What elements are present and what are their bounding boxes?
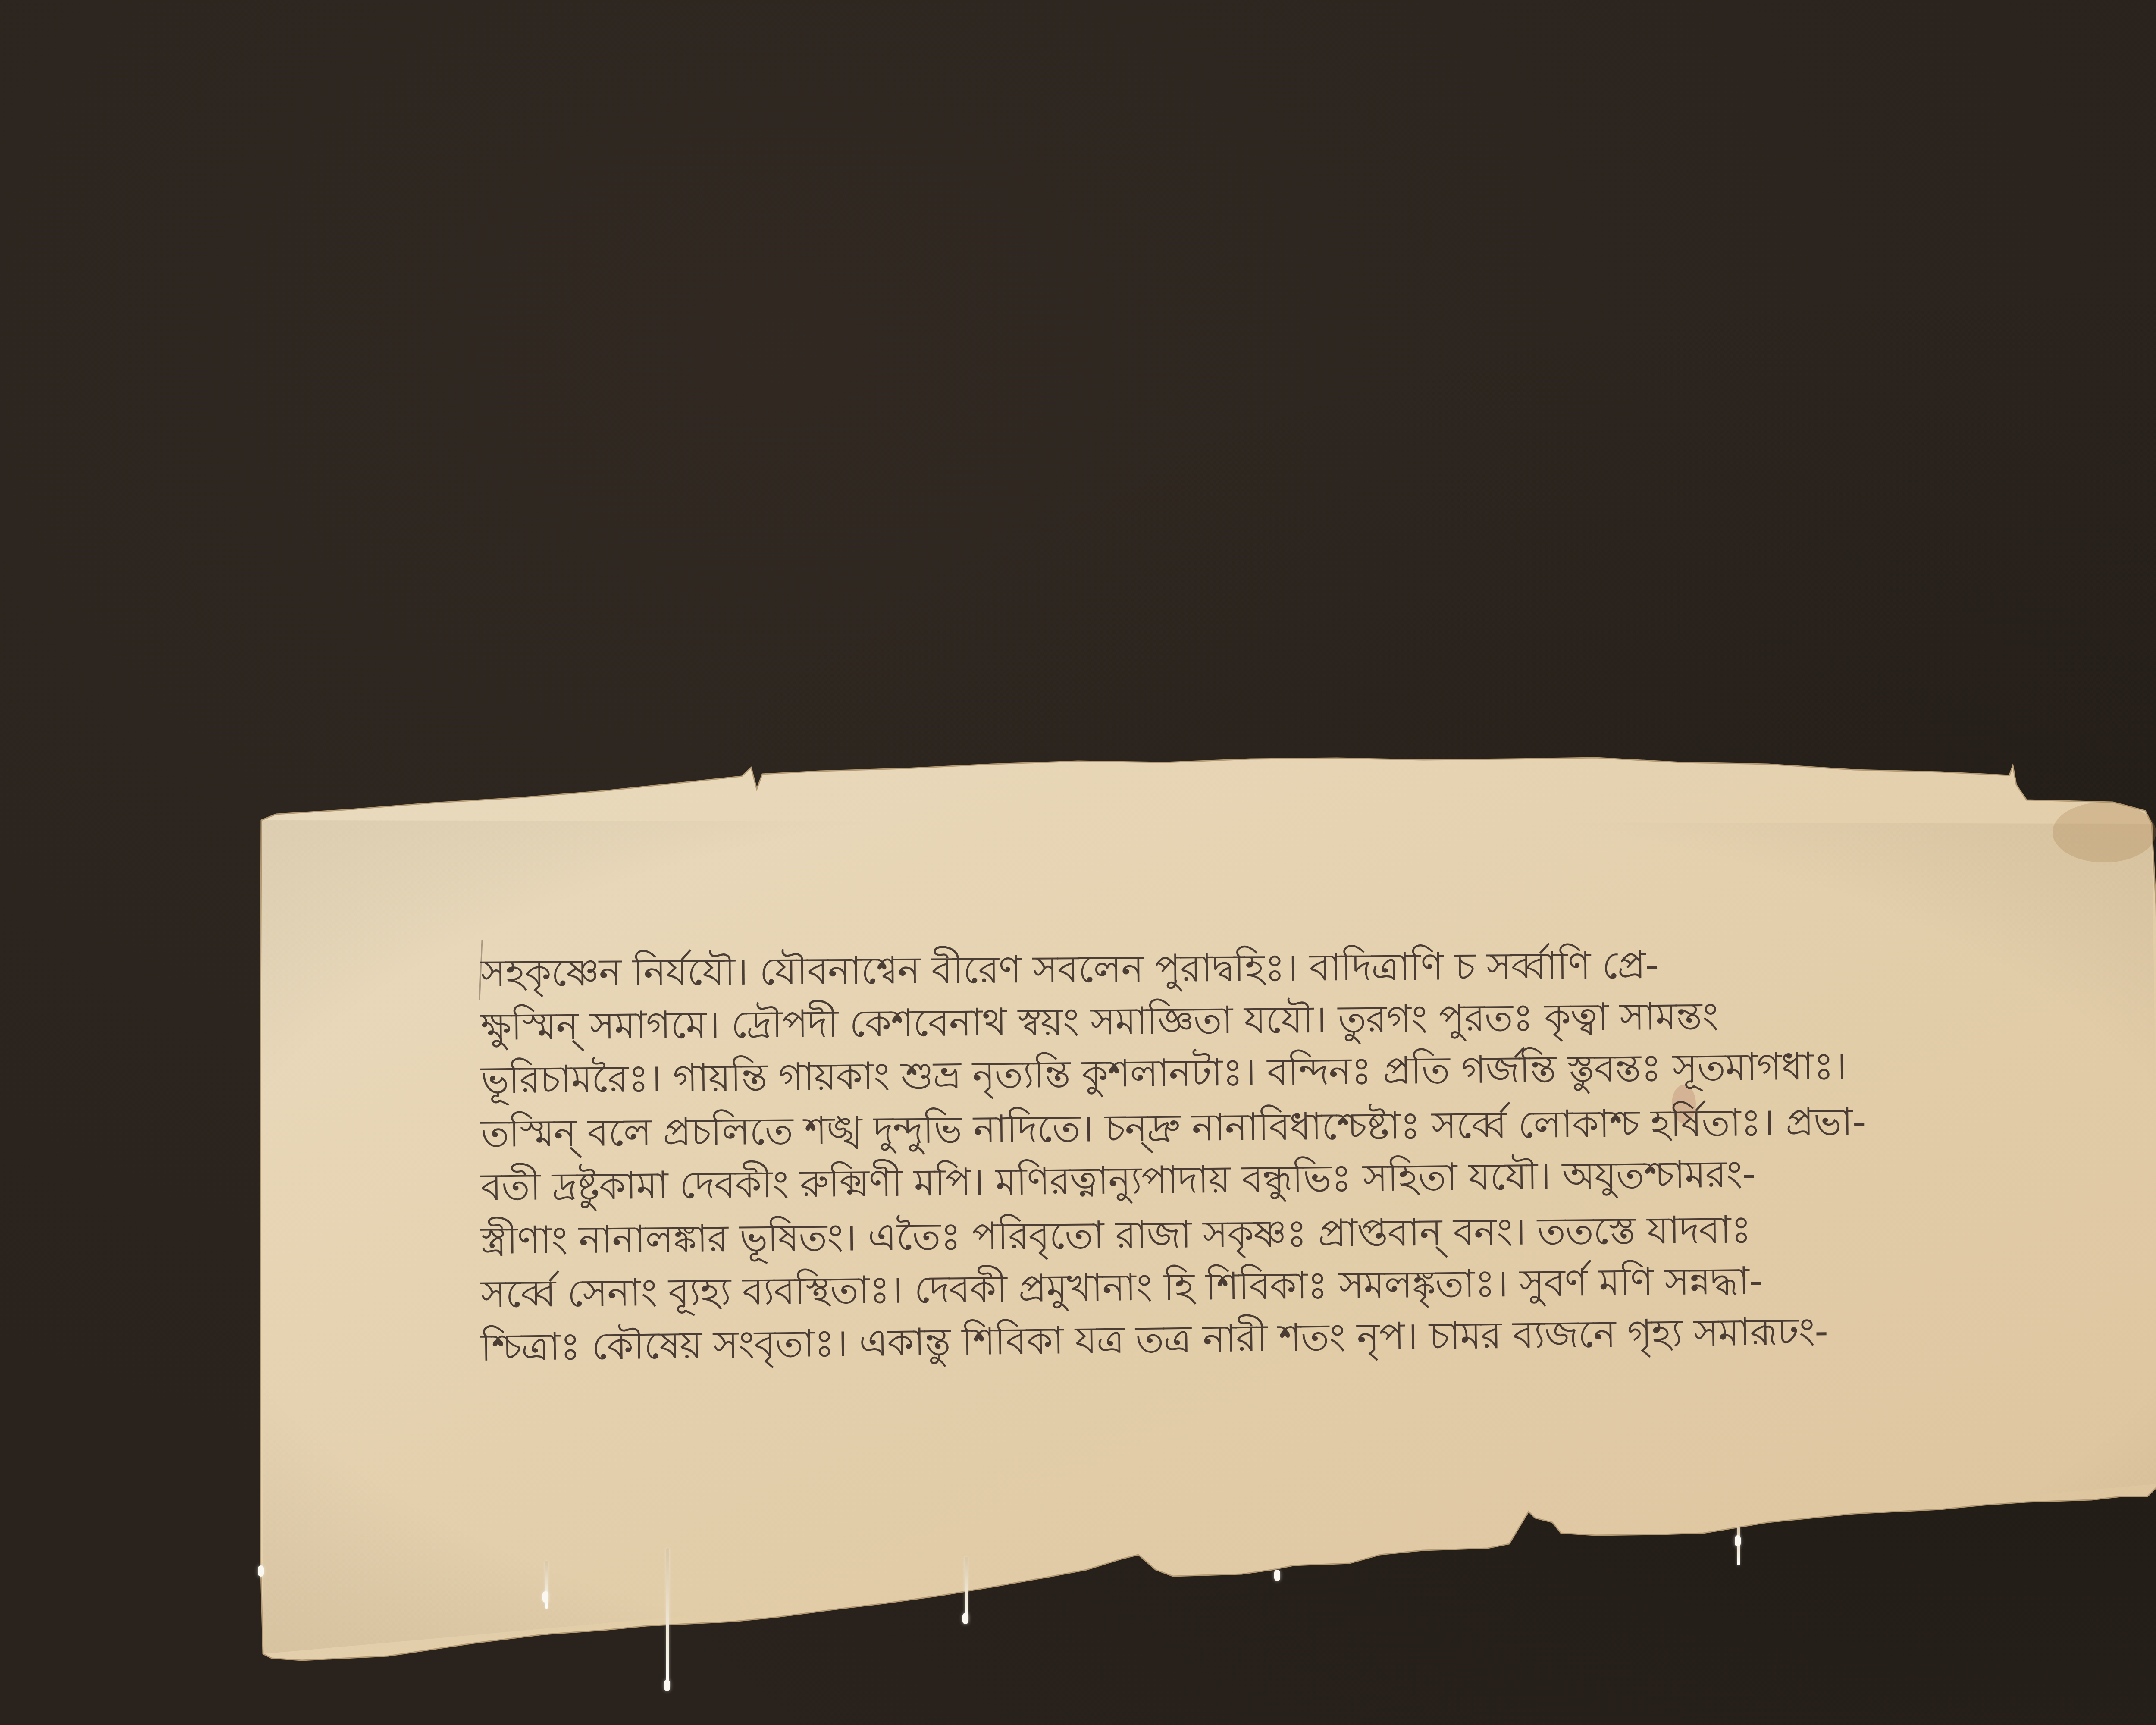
manuscript-text: সহকৃষ্ণেন নির্যযৌ। যৌবনাশ্বেন বীরেণ সবলে… — [481, 947, 2076, 1374]
pin-icon — [1274, 1570, 1280, 1581]
pin-icon — [962, 1613, 968, 1624]
pin-icon — [666, 1548, 669, 1686]
paper-sheet — [0, 0, 2156, 1725]
pin-icon — [258, 1565, 264, 1577]
pin-icon — [664, 1680, 670, 1691]
mounting-board: সহকৃষ্ণেন নির্যযৌ। যৌবনাশ্বেন বীরেণ সবলে… — [0, 0, 2156, 1725]
pin-icon — [1735, 1535, 1741, 1546]
pin-icon — [542, 1591, 548, 1603]
pin-icon — [965, 1557, 968, 1621]
manuscript-page: সহকৃষ্ণেন নির্যযৌ। যৌবনাশ্বেন বীরেণ সবলে… — [0, 0, 2156, 1725]
